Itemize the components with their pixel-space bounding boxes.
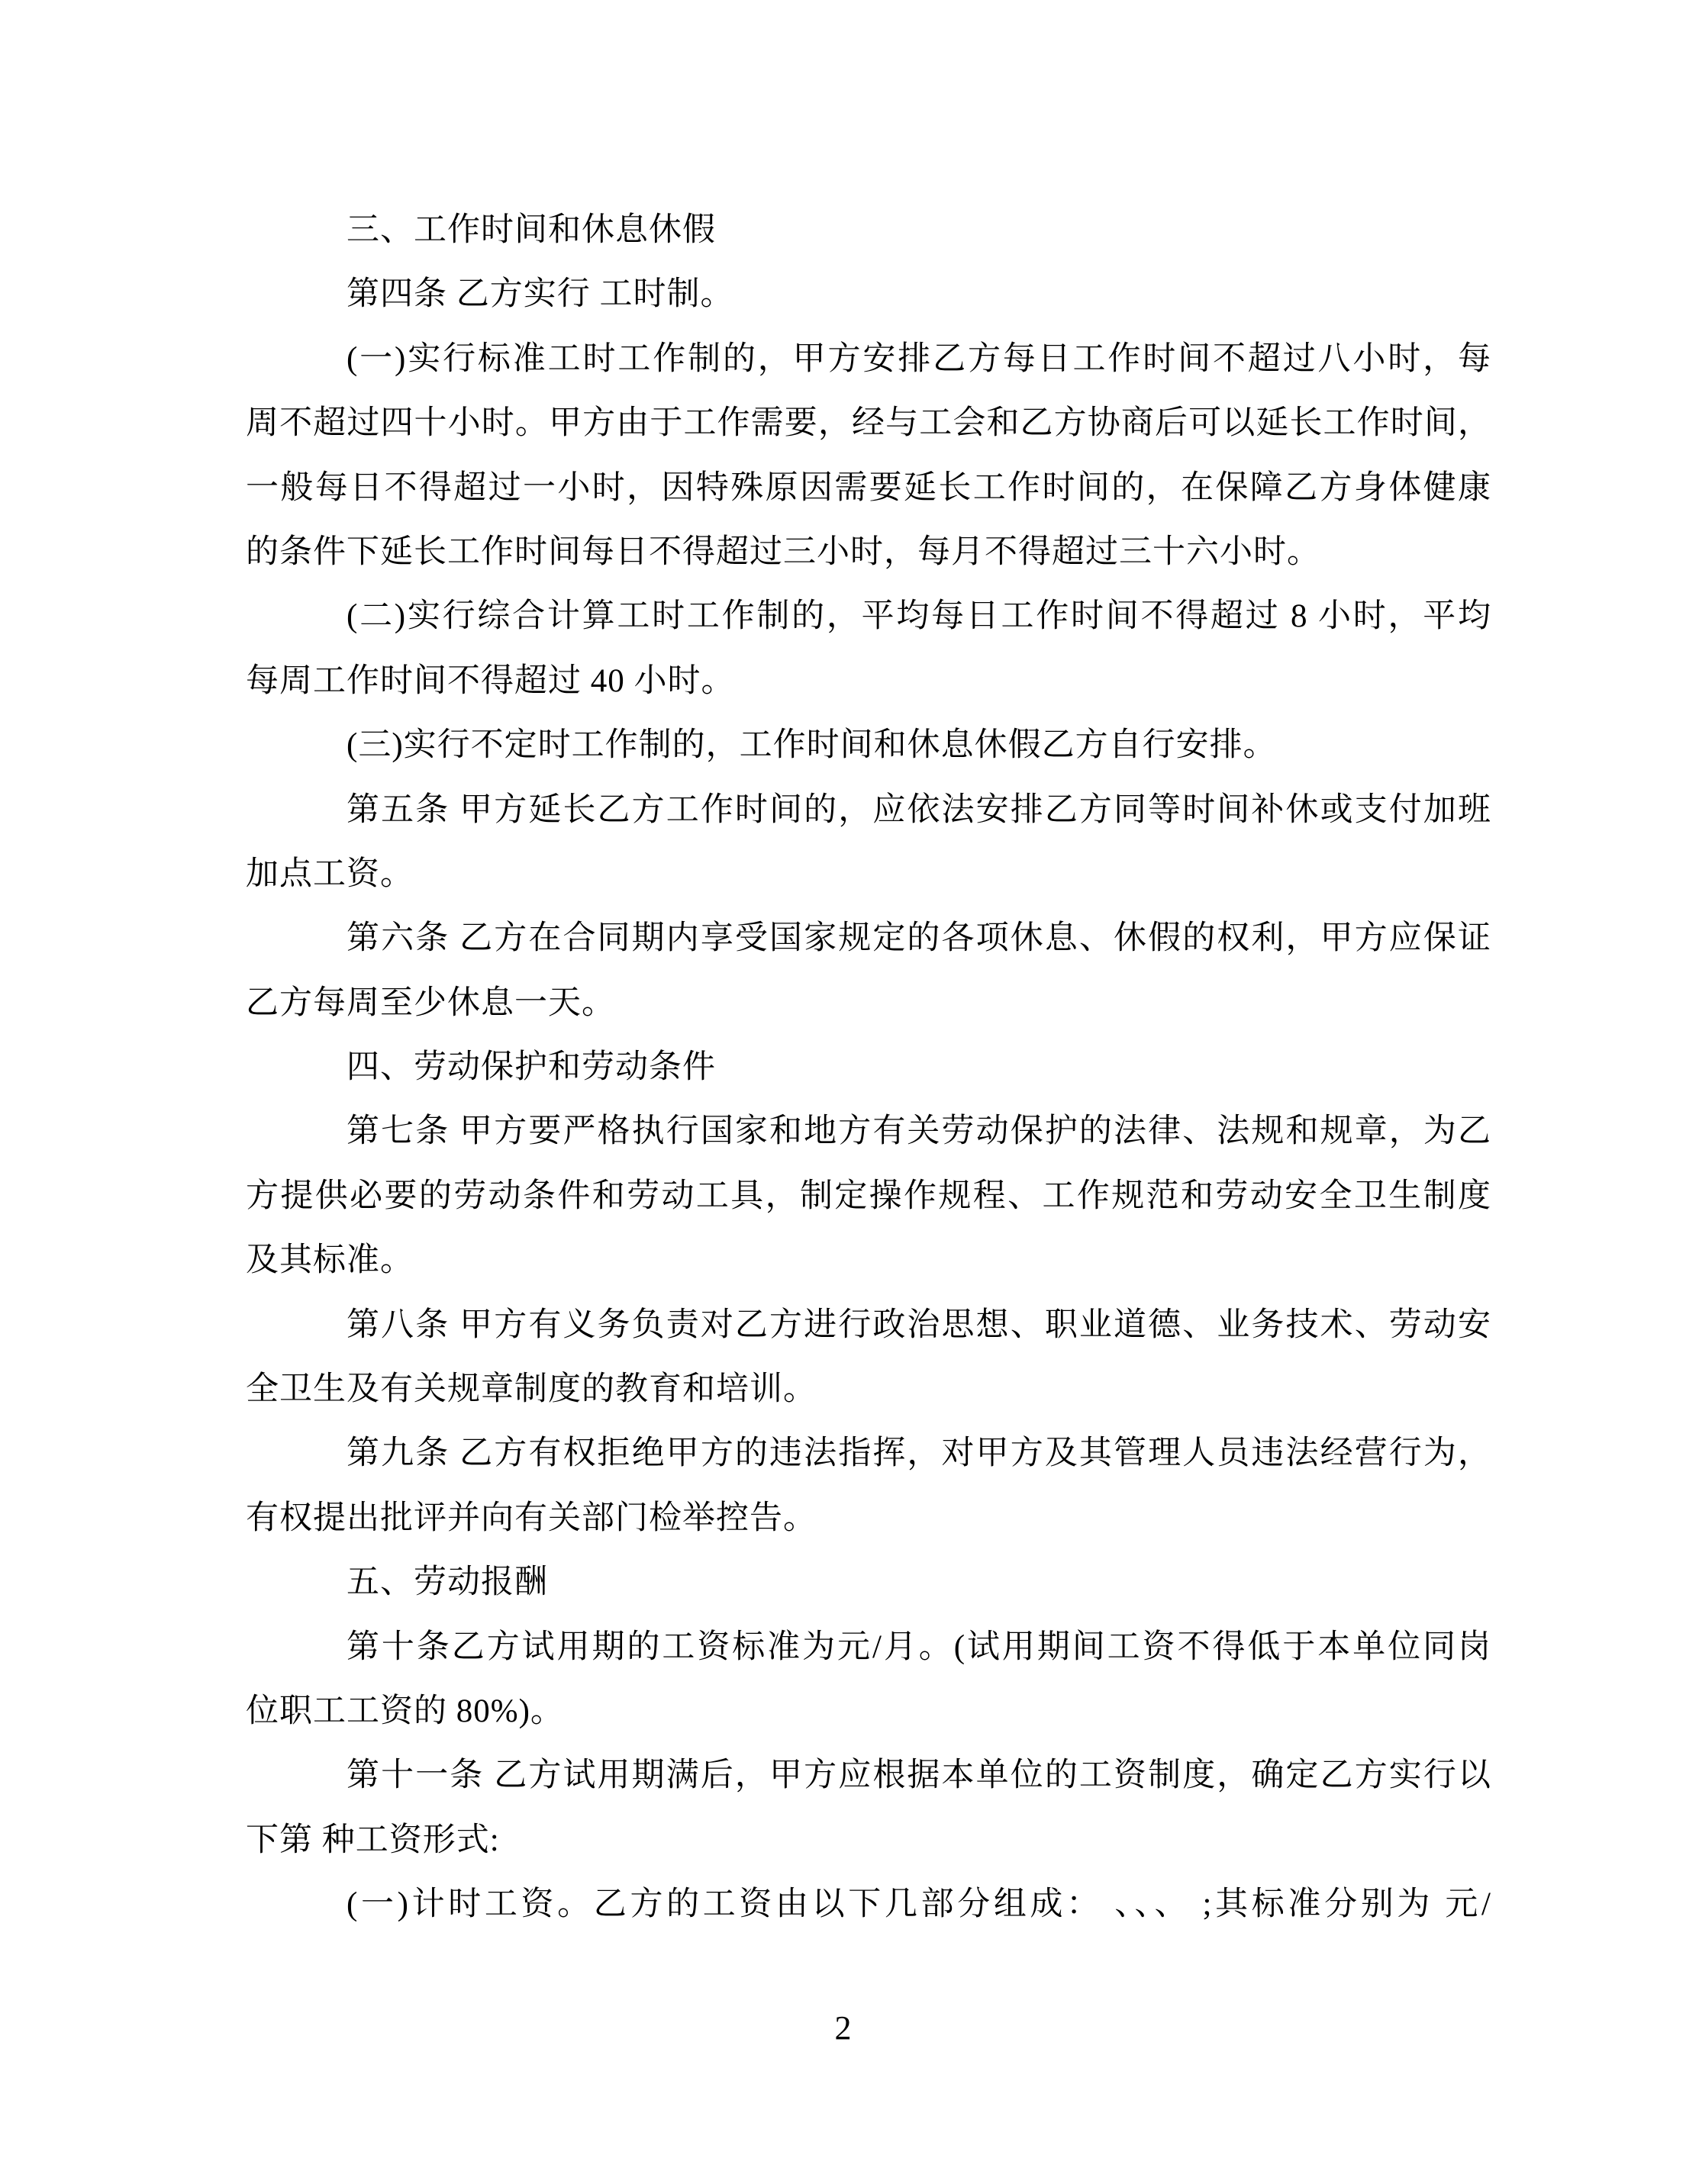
text-line: 乙方每周至少休息一天。 <box>246 971 1491 1036</box>
text-line: 四、劳动保护和劳动条件 <box>246 1036 1491 1100</box>
text-line: 五、劳动报酬 <box>246 1551 1491 1615</box>
text-line: 周不超过四十小时。甲方由于工作需要，经与工会和乙方协商后可以延长工作时间， <box>246 391 1491 456</box>
text-line: 三、工作时间和休息休假 <box>246 198 1491 263</box>
text-line: 全卫生及有关规章制度的教育和培训。 <box>246 1358 1491 1422</box>
text-line: 位职工工资的 80%)。 <box>246 1680 1491 1744</box>
text-line: (三)实行不定时工作制的，工作时间和休息休假乙方自行安排。 <box>246 714 1491 778</box>
contract-body: 三、工作时间和休息休假第四条 乙方实行 工时制。(一)实行标准工时工作制的，甲方… <box>246 198 1491 1938</box>
document-page: 三、工作时间和休息休假第四条 乙方实行 工时制。(一)实行标准工时工作制的，甲方… <box>0 0 1686 2184</box>
text-line: 下第 种工资形式: <box>246 1809 1491 1873</box>
text-line: 第六条 乙方在合同期内享受国家规定的各项休息、休假的权利，甲方应保证 <box>246 907 1491 971</box>
text-line: 第七条 甲方要严格执行国家和地方有关劳动保护的法律、法规和规章，为乙 <box>246 1100 1491 1164</box>
text-line: (一)计时工资。乙方的工资由以下几部分组成： 、、、 ;其标准分别为 元/ <box>246 1873 1491 1937</box>
text-line: 第四条 乙方实行 工时制。 <box>246 263 1491 327</box>
text-line: 方提供必要的劳动条件和劳动工具，制定操作规程、工作规范和劳动安全卫生制度 <box>246 1164 1491 1229</box>
text-line: (二)实行综合计算工时工作制的，平均每日工作时间不得超过 8 小时，平均 <box>246 585 1491 649</box>
page-number: 2 <box>0 2005 1686 2051</box>
text-line: 第十一条 乙方试用期满后，甲方应根据本单位的工资制度，确定乙方实行以 <box>246 1744 1491 1808</box>
text-line: (一)实行标准工时工作制的，甲方安排乙方每日工作时间不超过八小时，每 <box>246 327 1491 391</box>
text-line: 及其标准。 <box>246 1229 1491 1293</box>
text-line: 有权提出批评并向有关部门检举控告。 <box>246 1487 1491 1551</box>
text-line: 加点工资。 <box>246 842 1491 907</box>
text-line: 第八条 甲方有义务负责对乙方进行政治思想、职业道德、业务技术、劳动安 <box>246 1293 1491 1358</box>
text-line: 第十条乙方试用期的工资标准为元/月。(试用期间工资不得低于本单位同岗 <box>246 1615 1491 1680</box>
text-line: 的条件下延长工作时间每日不得超过三小时，每月不得超过三十六小时。 <box>246 520 1491 585</box>
text-line: 第九条 乙方有权拒绝甲方的违法指挥，对甲方及其管理人员违法经营行为， <box>246 1422 1491 1486</box>
text-line: 每周工作时间不得超过 40 小时。 <box>246 649 1491 714</box>
text-line: 一般每日不得超过一小时，因特殊原因需要延长工作时间的，在保障乙方身体健康 <box>246 456 1491 520</box>
text-line: 第五条 甲方延长乙方工作时间的，应依法安排乙方同等时间补休或支付加班 <box>246 778 1491 842</box>
